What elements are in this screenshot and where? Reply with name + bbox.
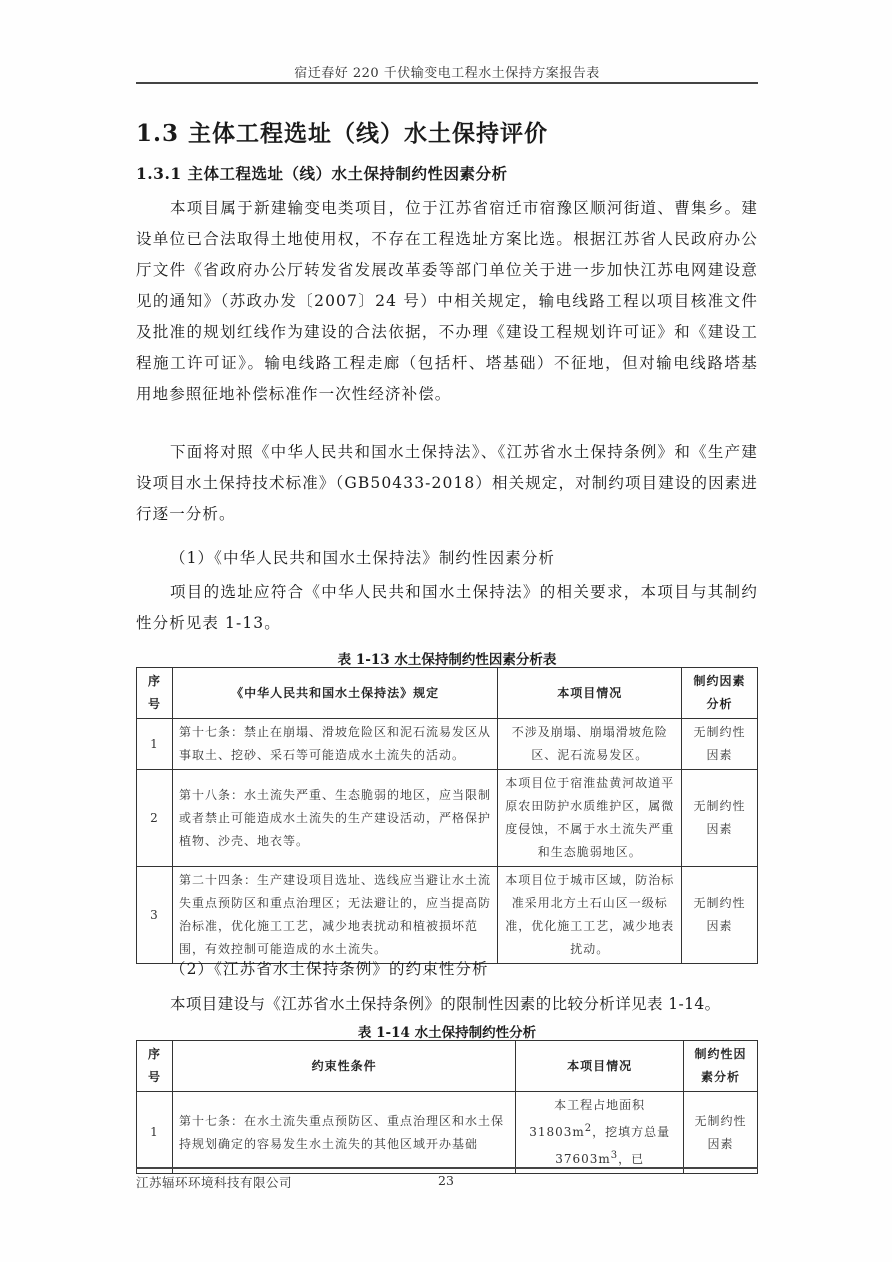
cell-no: 3 <box>137 867 173 964</box>
table-row: 3 第二十四条：生产建设项目选址、选线应当避让水土流失重点预防区和重点治理区；无… <box>137 867 758 964</box>
col-header-rule: 《中华人民共和国水土保持法》规定 <box>172 668 497 719</box>
cell-analysis: 无制约性因素 <box>682 719 758 770</box>
section-heading: 1.3 主体工程选址（线）水土保持评价 <box>136 115 548 148</box>
col-header-condition: 约束性条件 <box>172 1041 515 1092</box>
col-header-no: 序号 <box>137 668 173 719</box>
table-row: 2 第十八条：水土流失严重、生态脆弱的地区，应当限制或者禁止可能造成水土流失的生… <box>137 770 758 867</box>
paragraph-project-overview: 本项目属于新建输变电类项目，位于江苏省宿迁市宿豫区顺河街道、曹集乡。建设单位已合… <box>136 193 758 410</box>
table-header-row: 序号 《中华人民共和国水土保持法》规定 本项目情况 制约因素分析 <box>137 668 758 719</box>
col-header-situation: 本项目情况 <box>498 668 682 719</box>
paragraph-item-1-title: （1）《中华人民共和国水土保持法》制约性因素分析 <box>136 543 758 574</box>
subsection-heading: 1.3.1 主体工程选址（线）水土保持制约性因素分析 <box>136 162 508 184</box>
page-number: 23 <box>438 1173 454 1188</box>
footer-company: 江苏辐环环境科技有限公司 <box>136 1173 292 1191</box>
cell-rule: 第十七条：在水土流失重点预防区、重点治理区和水土保持规划确定的容易发生水土流失的… <box>172 1092 515 1174</box>
table13-caption: 表 1-13 水土保持制约性因素分析表 <box>136 648 758 668</box>
cell-situation: 本工程占地面积 31803m2，挖填方总量 37603m3，已 <box>516 1092 684 1174</box>
cell-no: 1 <box>137 1092 173 1174</box>
cell-analysis: 无制约性因素 <box>684 1092 758 1174</box>
cell-analysis: 无制约性因素 <box>682 770 758 867</box>
paragraph-analysis-intro: 下面将对照《中华人民共和国水土保持法》、《江苏省水土保持条例》和《生产建设项目水… <box>136 437 758 530</box>
cell-rule: 第十七条：禁止在崩塌、滑坡危险区和泥石流易发区从事取土、挖砂、采石等可能造成水土… <box>172 719 497 770</box>
paragraph-table13-reference: 项目的选址应符合《中华人民共和国水土保持法》的相关要求，本项目与其制约性分析见表… <box>136 577 758 639</box>
table-header-row: 序号 约束性条件 本项目情况 制约性因素分析 <box>137 1041 758 1092</box>
paragraph-table14-reference: 本项目建设与《江苏省水土保持条例》的限制性因素的比较分析详见表 1-14。 <box>136 989 758 1020</box>
cell-rule: 第二十四条：生产建设项目选址、选线应当避让水土流失重点预防区和重点治理区；无法避… <box>172 867 497 964</box>
cell-situation: 本项目位于宿淮盐黄河故道平原农田防护水质维护区，属微度侵蚀，不属于水土流失严重和… <box>498 770 682 867</box>
col-header-analysis: 制约性因素分析 <box>684 1041 758 1092</box>
situation-text-c: ，已 <box>618 1152 644 1166</box>
table-1-14: 序号 约束性条件 本项目情况 制约性因素分析 1 第十七条：在水土流失重点预防区… <box>136 1040 758 1174</box>
footer-divider <box>136 1167 758 1169</box>
col-header-analysis: 制约因素分析 <box>682 668 758 719</box>
table-row: 1 第十七条：禁止在崩塌、滑坡危险区和泥石流易发区从事取土、挖砂、采石等可能造成… <box>137 719 758 770</box>
running-header: 宿迁春好 220 千伏输变电工程水土保持方案报告表 <box>136 62 758 81</box>
cell-no: 1 <box>137 719 173 770</box>
col-header-no: 序号 <box>137 1041 173 1092</box>
col-header-situation: 本项目情况 <box>516 1041 684 1092</box>
paragraph-item-2-title: （2）《江苏省水土保持条例》的约束性分析 <box>136 954 758 985</box>
table-1-13: 序号 《中华人民共和国水土保持法》规定 本项目情况 制约因素分析 1 第十七条：… <box>136 667 758 964</box>
cell-no: 2 <box>137 770 173 867</box>
table-row: 1 第十七条：在水土流失重点预防区、重点治理区和水土保持规划确定的容易发生水土流… <box>137 1092 758 1174</box>
cell-rule: 第十八条：水土流失严重、生态脆弱的地区，应当限制或者禁止可能造成水土流失的生产建… <box>172 770 497 867</box>
header-divider <box>136 82 758 84</box>
cell-analysis: 无制约性因素 <box>682 867 758 964</box>
table14-caption: 表 1-14 水土保持制约性分析 <box>136 1021 758 1041</box>
cell-situation: 本项目位于城市区域，防治标准采用北方土石山区一级标准，优化施工工艺，减少地表扰动… <box>498 867 682 964</box>
cell-situation: 不涉及崩塌、崩塌滑坡危险区、泥石流易发区。 <box>498 719 682 770</box>
